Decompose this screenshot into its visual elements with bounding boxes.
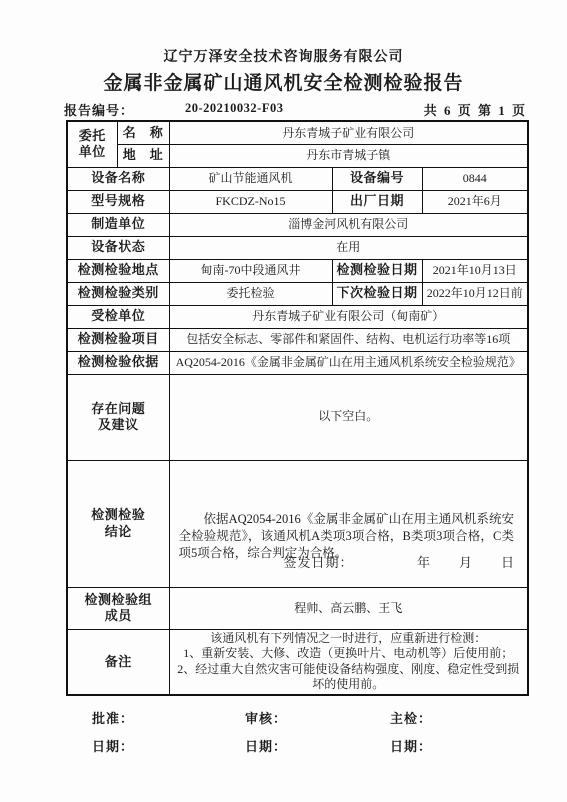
- report-number-label: 报告编号：: [64, 100, 134, 119]
- table-row: 制造单位 淄博金河风机有限公司: [67, 213, 528, 236]
- conclusion-text: 依据AQ2054-2016《金属非金属矿山在用主通风机系统安全检验规范》，该通风…: [173, 485, 525, 562]
- chief-date-label: 日期：: [390, 736, 432, 755]
- client-address-label: 地 址: [117, 144, 169, 167]
- sign-date-line: 签发日期： 年 月 日: [284, 552, 516, 571]
- basis-value: AQ2054-2016《金属非金属矿山在用主通风机系统安全检验规范》: [169, 351, 528, 374]
- conclusion-cell: 依据AQ2054-2016《金属非金属矿山在用主通风机系统安全检验规范》，该通风…: [169, 460, 528, 587]
- table-row: 检测检验组 成员 程帅、高云鹏、王飞: [67, 587, 528, 629]
- mfg-date-label: 出厂日期: [332, 190, 422, 213]
- location-value: 甸南-70中段通风井: [169, 259, 332, 282]
- table-row: 检测检验 结论 依据AQ2054-2016《金属非金属矿山在用主通风机系统安全检…: [67, 460, 528, 587]
- table-row: 受检单位 丹东青城子矿业有限公司（甸南矿）: [67, 305, 528, 328]
- reviewer-label: 审核：: [245, 708, 287, 727]
- table-row: 检测检验项目 包括安全标志、零部件和紧固件、结构、电机运行功率等16项: [67, 328, 528, 351]
- inspect-date-value: 2021年10月13日: [422, 259, 528, 282]
- mfg-date-value: 2021年6月: [422, 190, 528, 213]
- table-row: 委托 单位 名 称 丹东青城子矿业有限公司: [67, 121, 528, 144]
- table-row: 设备名称 矿山节能通风机 设备编号 0844: [67, 167, 528, 190]
- table-row: 设备状态 在用: [67, 236, 528, 259]
- inspect-date-label: 检测检验日期: [332, 259, 422, 282]
- basis-label: 检测检验依据: [67, 351, 169, 374]
- device-status-value: 在用: [169, 236, 528, 259]
- remark-value: 该通风机有下列情况之一时进行，应重新进行检测： 1、重新安装、大修、改造（更换叶…: [169, 629, 528, 695]
- chief-inspector-label: 主检：: [390, 708, 432, 727]
- model-label: 型号规格: [67, 190, 169, 213]
- table-row: 检测检验类别 委托检验 下次检验日期 2022年10月12日前: [67, 282, 528, 305]
- category-value: 委托检验: [169, 282, 332, 305]
- company-title: 辽宁万泽安全技术咨询服务有限公司: [0, 46, 567, 66]
- problems-label: 存在问题 及建议: [67, 374, 169, 460]
- manufacturer-label: 制造单位: [67, 213, 169, 236]
- approver-date-label: 日期：: [92, 736, 134, 755]
- table-row: 地 址 丹东市青城子镇: [67, 144, 528, 167]
- inspection-report-table: 委托 单位 名 称 丹东青城子矿业有限公司 地 址 丹东市青城子镇 设备名称 矿…: [66, 120, 529, 696]
- client-name-label: 名 称: [117, 121, 169, 144]
- team-label: 检测检验组 成员: [67, 587, 169, 629]
- device-no-label: 设备编号: [332, 167, 422, 190]
- items-label: 检测检验项目: [67, 328, 169, 351]
- items-value: 包括安全标志、零部件和紧固件、结构、电机运行功率等16项: [169, 328, 528, 351]
- client-group-label: 委托 单位: [67, 121, 117, 167]
- page-count-info: 共 6 页 第 1 页: [424, 100, 527, 119]
- model-value: FKCDZ-No15: [169, 190, 332, 213]
- manufacturer-value: 淄博金河风机有限公司: [169, 213, 528, 236]
- client-name-value: 丹东青城子矿业有限公司: [169, 121, 528, 144]
- device-name-value: 矿山节能通风机: [169, 167, 332, 190]
- device-status-label: 设备状态: [67, 236, 169, 259]
- inspected-unit-value: 丹东青城子矿业有限公司（甸南矿）: [169, 305, 528, 328]
- report-page: 辽宁万泽安全技术咨询服务有限公司 金属非金属矿山通风机安全检测检验报告 报告编号…: [0, 0, 567, 802]
- device-name-label: 设备名称: [67, 167, 169, 190]
- remark-label: 备注: [67, 629, 169, 695]
- approver-label: 批准：: [92, 708, 134, 727]
- category-label: 检测检验类别: [67, 282, 169, 305]
- table-row: 型号规格 FKCDZ-No15 出厂日期 2021年6月: [67, 190, 528, 213]
- location-label: 检测检验地点: [67, 259, 169, 282]
- table-row: 检测检验依据 AQ2054-2016《金属非金属矿山在用主通风机系统安全检验规范…: [67, 351, 528, 374]
- page-title: 金属非金属矿山通风机安全检测检验报告: [0, 68, 567, 95]
- next-date-value: 2022年10月12日前: [422, 282, 528, 305]
- table-row: 检测检验地点 甸南-70中段通风井 检测检验日期 2021年10月13日: [67, 259, 528, 282]
- inspected-unit-label: 受检单位: [67, 305, 169, 328]
- conclusion-label: 检测检验 结论: [67, 460, 169, 587]
- reviewer-date-label: 日期：: [245, 736, 287, 755]
- table-row: 备注 该通风机有下列情况之一时进行，应重新进行检测： 1、重新安装、大修、改造（…: [67, 629, 528, 695]
- client-address-value: 丹东市青城子镇: [169, 144, 528, 167]
- next-date-label: 下次检验日期: [332, 282, 422, 305]
- table-row: 存在问题 及建议 以下空白。: [67, 374, 528, 460]
- report-number-row: 报告编号： 20-20210032-F03 共 6 页 第 1 页: [64, 100, 527, 118]
- report-number-value: 20-20210032-F03: [185, 101, 283, 116]
- device-no-value: 0844: [422, 167, 528, 190]
- team-value: 程帅、高云鹏、王飞: [169, 587, 528, 629]
- problems-value: 以下空白。: [169, 374, 528, 460]
